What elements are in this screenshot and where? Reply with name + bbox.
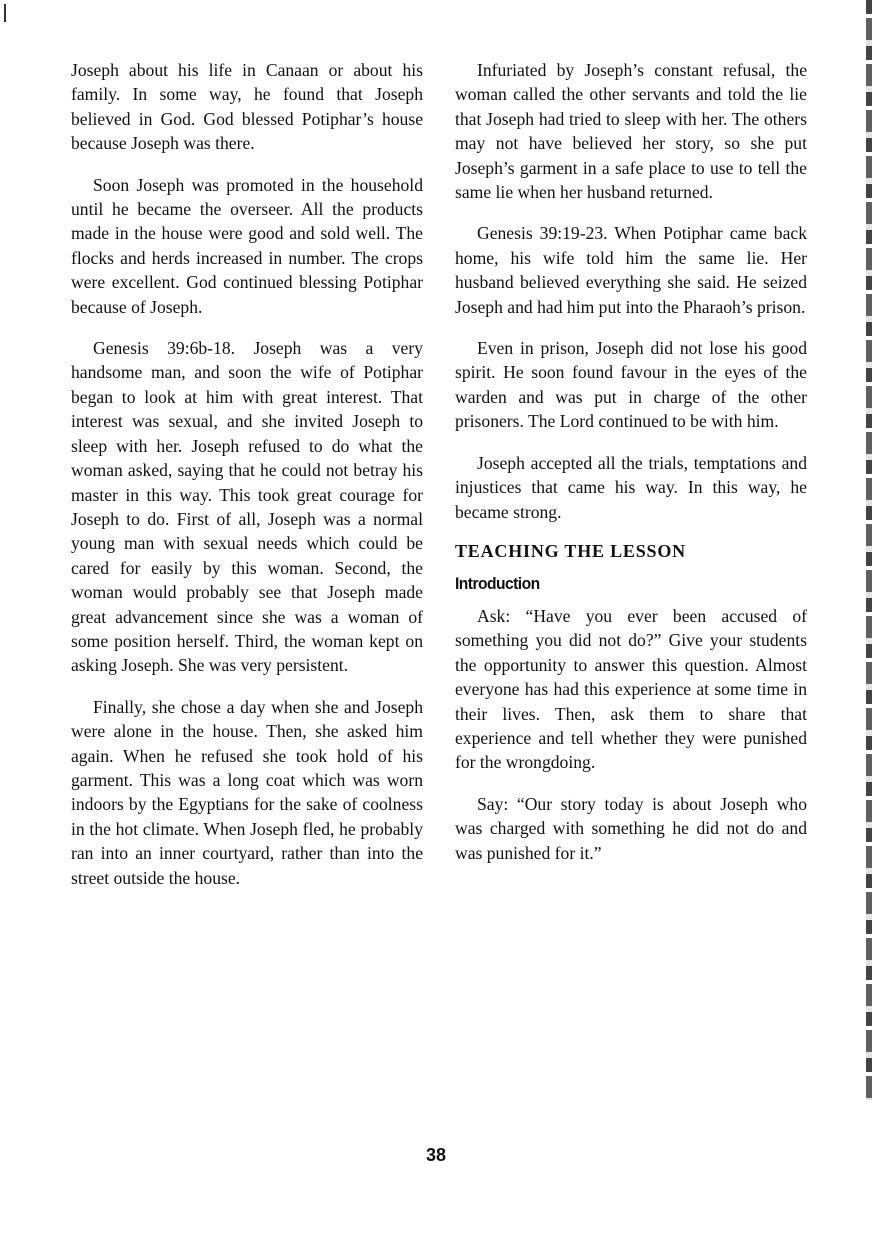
section-heading: TEACHING THE LESSON xyxy=(455,541,807,562)
paragraph: Say: “Our story today is about Joseph wh… xyxy=(455,792,807,865)
right-column: Infuriated by Joseph’s constant refusal,… xyxy=(455,58,807,882)
paragraph: Infuriated by Joseph’s constant refusal,… xyxy=(455,58,807,204)
paragraph: Joseph accepted all the trials, temptati… xyxy=(455,451,807,524)
left-column: Joseph about his life in Canaan or about… xyxy=(71,58,423,907)
paragraph: Genesis 39:19-23. When Potiphar came bac… xyxy=(455,221,807,319)
paragraph: Even in prison, Joseph did not lose his … xyxy=(455,336,807,434)
paragraph: Ask: “Have you ever been accused of some… xyxy=(455,604,807,775)
page-number: 38 xyxy=(0,1145,872,1166)
sub-heading: Introduction xyxy=(455,574,779,594)
paragraph: Genesis 39:6b-18. Joseph was a very hand… xyxy=(71,336,423,678)
document-page: Joseph about his life in Canaan or about… xyxy=(0,0,872,1239)
paragraph: Soon Joseph was promoted in the househol… xyxy=(71,173,423,319)
paragraph: Finally, she chose a day when she and Jo… xyxy=(71,695,423,890)
scan-artifact-mark xyxy=(4,4,6,22)
paragraph: Joseph about his life in Canaan or about… xyxy=(71,58,423,156)
scan-artifact-edge xyxy=(866,0,872,1100)
